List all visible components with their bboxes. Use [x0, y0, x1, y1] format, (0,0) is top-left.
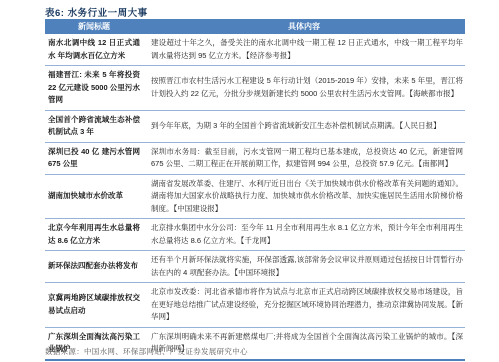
table-row: 全国首个跨省流域生态补偿机制试点 3 年 到今年年底，为期 3 年的全国首个跨省…	[45, 111, 465, 143]
news-table: 新闻标题 具体内容 南水北调中线 12 日正式通水 年均调水百亿立方米 建设超过…	[45, 19, 465, 361]
news-content-cell: 湖南省发展改革委、住建厅、水利厅近日出台《关于加快城市供水价格改革有关问题的通知…	[143, 177, 465, 217]
table-caption: 表6: 水务行业一周大事	[45, 5, 148, 19]
news-content-cell: 还有半个月新环保法就将实施，环保部透露,该部常务会议审议并原则通过包括按日计罚暂…	[143, 253, 465, 280]
table-row: 北京今年利用再生水总量将达 8.6 亿立方米 北京排水集团中水分公司：至今年 1…	[45, 219, 465, 251]
news-content-cell: 按照晋江市农村生活污水工程建设 5 年行动计划（2015-2019 年）安排，未…	[143, 74, 465, 101]
report-page: 表6: 水务行业一周大事 新闻标题 具体内容 南水北调中线 12 日正式通水 年…	[0, 0, 499, 362]
news-title-cell: 北京今年利用再生水总量将达 8.6 亿立方米	[45, 221, 143, 248]
news-content-cell: 北京排水集团中水分公司：至今年 11 月全市利用再生水 8.1 亿立方米，预计今…	[143, 221, 465, 248]
table-header-row: 新闻标题 具体内容	[45, 19, 465, 34]
news-content-cell: 建设超过十年之久，备受关注的南水北调中线一期工程 12 日正式通水，中线一期工程…	[143, 36, 465, 63]
news-content-cell: 深圳市水务局：截至目前，污水支管网一期工程均已基本建成，总投资达 40 亿元，新…	[143, 145, 465, 172]
news-content-cell: 北京市发改委：河北省承德市将作为试点与北京市正式启动跨区域碳排放权交易市场建设，…	[143, 285, 465, 325]
news-title-cell: 南水北调中线 12 日正式通水 年均调水百亿立方米	[45, 36, 143, 63]
table-row: 福建晋江: 未来 5 年将投资 22 亿元建设 5000 公里污水管网 按照晋江…	[45, 66, 465, 111]
table-row: 湖南加快城市水价改革 湖南省发展改革委、住建厅、水利厅近日出台《关于加快城市供水…	[45, 175, 465, 220]
data-source-note: 数据来源：中国水网、环保部网站、广发证券发展研究中心	[45, 346, 248, 357]
table-row: 新环保法四配套办法将发布 还有半个月新环保法就将实施，环保部透露,该部常务会议审…	[45, 251, 465, 283]
news-title-cell: 深圳已投 40 亿 建污水管网 675 公里	[45, 145, 143, 172]
news-content-cell: 到今年年底，为期 3 年的全国首个跨省流域新安江生态补偿机制试点期满。【人民日报…	[143, 119, 465, 134]
news-title-cell: 福建晋江: 未来 5 年将投资 22 亿元建设 5000 公里污水管网	[45, 68, 143, 108]
table-row: 京冀两地跨区域碳排放权交易试点启动 北京市发改委：河北省承德市将作为试点与北京市…	[45, 283, 465, 328]
table-body: 南水北调中线 12 日正式通水 年均调水百亿立方米 建设超过十年之久，备受关注的…	[45, 34, 465, 361]
table-row: 南水北调中线 12 日正式通水 年均调水百亿立方米 建设超过十年之久，备受关注的…	[45, 34, 465, 66]
column-header-details: 具体内容	[143, 21, 465, 32]
news-title-cell: 湖南加快城市水价改革	[45, 189, 143, 204]
news-title-cell: 新环保法四配套办法将发布	[45, 259, 143, 274]
table-row: 深圳已投 40 亿 建污水管网 675 公里 深圳市水务局：截至目前，污水支管网…	[45, 143, 465, 175]
news-title-cell: 全国首个跨省流域生态补偿机制试点 3 年	[45, 113, 143, 140]
news-title-cell: 京冀两地跨区域碳排放权交易试点启动	[45, 291, 143, 318]
column-header-news-title: 新闻标题	[45, 21, 143, 32]
